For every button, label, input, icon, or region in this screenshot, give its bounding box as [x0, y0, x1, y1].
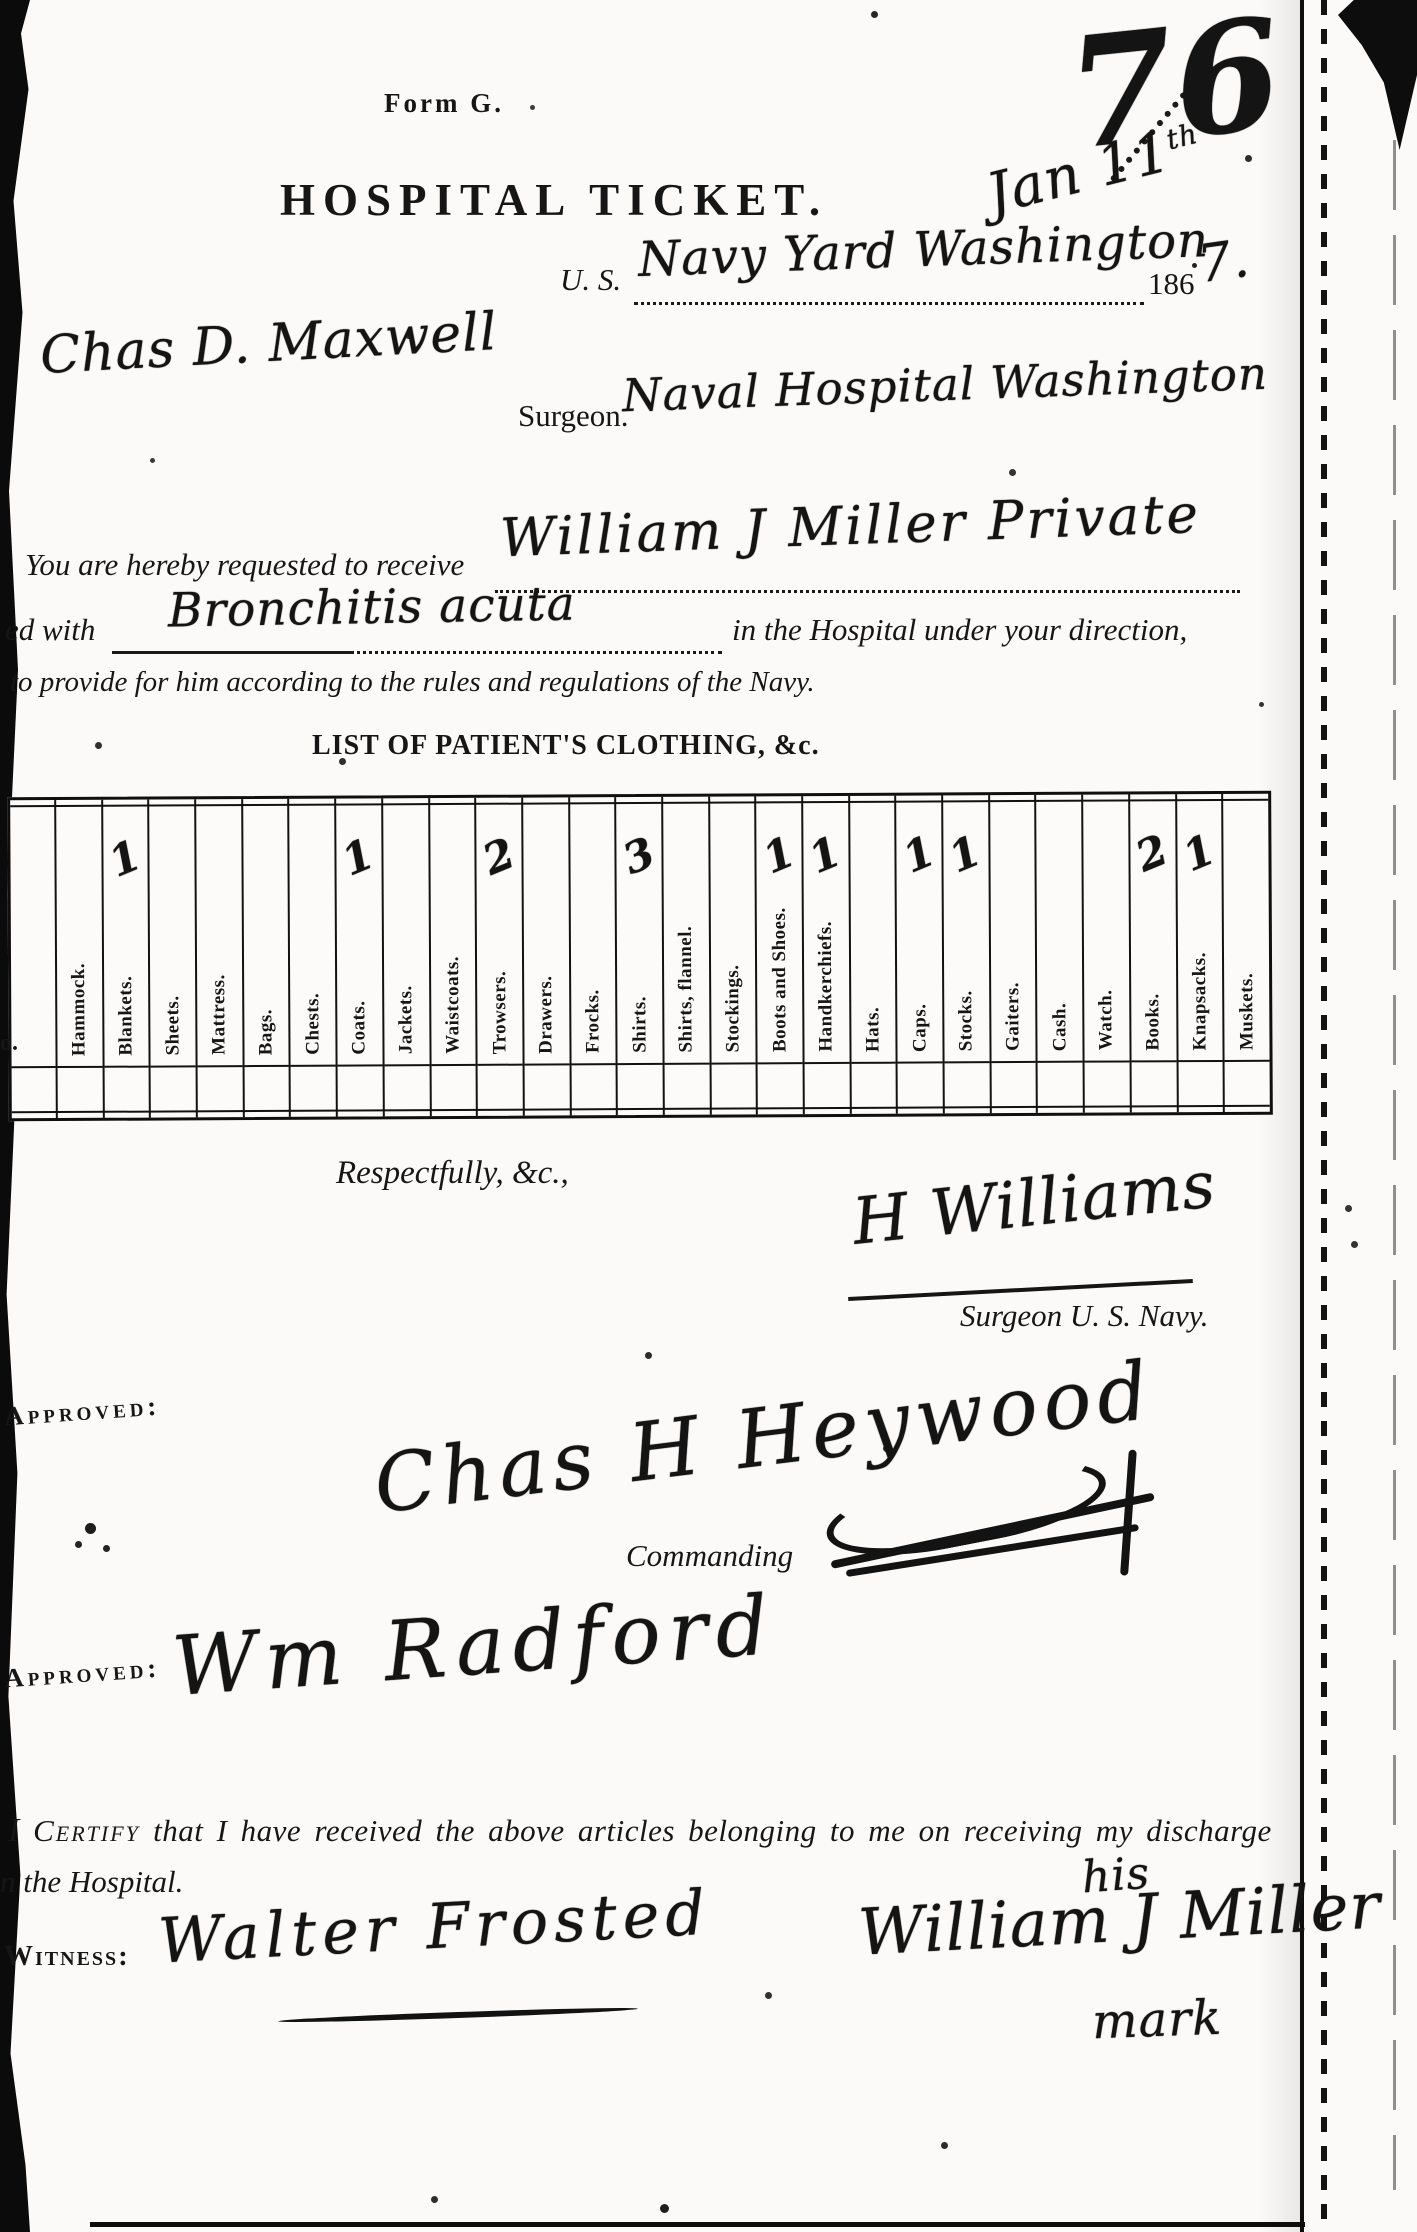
table-column: Watch. — [1083, 794, 1131, 1112]
handwritten-quantity: 2 — [1131, 828, 1175, 878]
table-value-cell — [431, 1064, 476, 1116]
table-column: Waistcoats. — [430, 798, 478, 1116]
handwritten-addressee-station: Naval Hospital Washington — [621, 351, 1268, 419]
witness-label: Witness: — [4, 1940, 130, 1973]
surgeon-title-label: Surgeon U. S. Navy. — [960, 1298, 1209, 1334]
table-column: Cash. — [1037, 795, 1085, 1113]
table-column: Gaiters. — [990, 795, 1038, 1113]
commanding-label: Commanding — [626, 1538, 793, 1574]
provide-regulations-line: to provide for him according to the rule… — [10, 666, 815, 699]
table-column: 2 Books. — [1130, 794, 1178, 1112]
table-column-label: Handkerchiefs. — [815, 921, 838, 1052]
table-column-label: Sheets. — [162, 995, 184, 1055]
table-column-label: Chests. — [302, 993, 324, 1055]
table-column-header: Jackets. — [383, 798, 429, 1064]
table-column: Shirts, flannel. — [663, 797, 711, 1115]
table-column: 1 Coats. — [336, 798, 384, 1116]
table-column-label: Watch. — [1096, 990, 1118, 1051]
handwritten-quantity: 2 — [477, 832, 521, 882]
table-column-header: Drawers. — [523, 797, 569, 1063]
handwritten-quantity: 3 — [617, 831, 661, 881]
table-column-label: Stockings. — [722, 965, 744, 1053]
table-value-cell — [291, 1065, 336, 1117]
table-column-header: 1 Blankets. — [103, 800, 149, 1066]
table-value-cell — [338, 1064, 383, 1116]
table-column-header: Cash. — [1037, 795, 1083, 1061]
table-value-cell — [711, 1062, 756, 1114]
table-column-header: 1 Caps. — [897, 795, 943, 1061]
table-column-label: Stocks. — [956, 990, 978, 1051]
table-column-label: Trowsers. — [489, 970, 511, 1054]
table-column: 1 Knapsacks. — [1177, 794, 1225, 1112]
handwritten-year-digit: 7. — [1195, 233, 1253, 292]
handwritten-quantity: 1 — [337, 832, 381, 882]
table-column-header: 1 Coats. — [336, 798, 382, 1064]
table-value-cell — [244, 1065, 289, 1117]
table-column-header: Mattress. — [196, 799, 242, 1065]
table-column: 1 Handkerchiefs. — [803, 796, 851, 1114]
table-column-label: Bags. — [255, 1009, 277, 1055]
affliction-prefix-label: ed with — [5, 612, 95, 648]
respectfully-line: Respectfully, &c., — [336, 1155, 569, 1192]
ink-scribble-stroke — [1120, 1450, 1137, 1576]
table-value-cell — [664, 1063, 709, 1115]
table-value-cell — [1131, 1060, 1176, 1112]
table-column: Mattress. — [196, 799, 244, 1117]
table-column-label: Caps. — [909, 1003, 931, 1052]
table-column-header: 1 Handkerchiefs. — [803, 796, 849, 1062]
surgeon-signature: H Williams — [850, 1153, 1219, 1255]
table-spacer-header — [10, 800, 55, 1066]
year-printed-label: 186 — [1148, 266, 1195, 302]
certify-rest: that I have received the above articles … — [153, 1813, 1272, 1848]
table-column-header: 2 Books. — [1130, 794, 1176, 1060]
table-column: Drawers. — [523, 797, 571, 1115]
table-column-header: Watch. — [1083, 794, 1129, 1060]
certification-line-2: n the Hospital. — [0, 1864, 183, 1900]
handwritten-quantity: 1 — [944, 829, 988, 879]
table-column: Bags. — [243, 799, 291, 1117]
table-column-label: Mattress. — [208, 974, 230, 1055]
table-column: 1 Stocks. — [943, 795, 991, 1113]
certification-line: I Certify that I have received the above… — [8, 1812, 1272, 1850]
handwritten-quantity: 1 — [1177, 828, 1221, 878]
table-value-cell — [104, 1066, 149, 1118]
table-spacer-value-cell — [12, 1066, 56, 1118]
witness-signature-underline — [278, 2006, 638, 2025]
table-column-label: Hats. — [862, 1006, 884, 1051]
station-prefix-label: U. S. — [560, 262, 621, 298]
table-column-header: Chests. — [290, 799, 336, 1065]
table-column-label: Frocks. — [582, 989, 604, 1053]
table-column: Hammock. — [56, 800, 104, 1118]
table-column-label: Knapsacks. — [1189, 952, 1212, 1051]
table-column-label: Drawers. — [535, 975, 557, 1054]
table-spacer-column — [10, 800, 58, 1118]
table-column: Hats. — [850, 796, 898, 1114]
cut-margin-text-fragment: o. — [0, 1030, 18, 1057]
torn-corner-mark — [1338, 0, 1417, 150]
certify-word: Certify — [33, 1813, 140, 1848]
table-column-header: 1 Stocks. — [943, 795, 989, 1061]
table-column-header: 1 Knapsacks. — [1177, 794, 1223, 1060]
table-column-header: Muskets. — [1223, 794, 1269, 1060]
table-column-label: Hammock. — [68, 963, 90, 1056]
table-value-cell — [1178, 1060, 1223, 1112]
form-number-label: Form G. — [384, 88, 504, 119]
handwritten-quantity: 1 — [804, 830, 848, 880]
table-column: Stockings. — [710, 796, 758, 1114]
table-column-label: Boots and Shoes. — [768, 907, 791, 1052]
table-value-cell — [945, 1061, 990, 1113]
table-value-cell — [58, 1066, 103, 1118]
commandant-signature: Wm Radford — [170, 1585, 779, 1709]
handwritten-quantity: 1 — [757, 830, 801, 880]
table-column: Frocks. — [570, 797, 618, 1115]
table-column-header: 2 Trowsers. — [476, 798, 522, 1064]
table-value-cell — [898, 1061, 943, 1113]
approved-label-second: Approved: — [3, 1653, 161, 1695]
table-column-label: Blankets. — [115, 976, 137, 1056]
table-value-cell — [198, 1065, 243, 1117]
table-column-label: Jackets. — [395, 985, 417, 1054]
table-column-header: Gaiters. — [990, 795, 1036, 1061]
table-column: 1 Blankets. — [103, 800, 151, 1118]
table-column-label: Cash. — [1049, 1002, 1071, 1051]
table-column: 3 Shirts. — [616, 797, 664, 1115]
handwritten-affliction: Bronchitis acuta — [168, 580, 576, 634]
table-column-header: Frocks. — [570, 797, 616, 1063]
table-value-cell — [1038, 1061, 1083, 1113]
clothing-table: Hammock. 1 Blankets. Sheets. — [7, 791, 1273, 1122]
table-value-cell — [991, 1061, 1036, 1113]
table-column-label: Shirts. — [629, 996, 651, 1053]
binding-rule-outer — [1393, 140, 1396, 2190]
handwritten-patient-name: William J Miller Private — [499, 488, 1201, 565]
mark-word-mark: mark — [1091, 1994, 1223, 2047]
table-column: Jackets. — [383, 798, 431, 1116]
table-value-cell — [1085, 1060, 1130, 1112]
document-title: HOSPITAL TICKET. — [280, 174, 828, 226]
approved-label-first: Approved: — [3, 1391, 161, 1433]
table-value-cell — [851, 1062, 896, 1114]
table-column: 1 Caps. — [897, 795, 945, 1113]
table-column-header: Shirts, flannel. — [663, 797, 709, 1063]
table-column: Sheets. — [150, 799, 198, 1117]
handwritten-addressee-name: Chas D. Maxwell — [39, 306, 499, 382]
table-column-label: Waistcoats. — [442, 956, 465, 1054]
table-column-label: Books. — [1142, 993, 1164, 1051]
receive-request-line: You are hereby requested to receive — [25, 547, 464, 583]
table-column-header: Sheets. — [150, 799, 196, 1065]
table-value-cell — [758, 1062, 803, 1114]
table-column-label: Gaiters. — [1002, 982, 1024, 1051]
table-column-header: Hammock. — [56, 800, 102, 1066]
table-value-cell — [384, 1064, 429, 1116]
table-value-cell — [151, 1065, 196, 1117]
table-value-cell — [524, 1063, 569, 1115]
table-column-header: 1 Boots and Shoes. — [756, 796, 802, 1062]
handwritten-quantity: 1 — [104, 834, 148, 884]
table-column-label: Muskets. — [1236, 972, 1258, 1049]
table-column: Muskets. — [1223, 794, 1269, 1112]
table-value-cell — [618, 1063, 663, 1115]
witness-signature: Walter Frosted — [157, 1882, 713, 1973]
handwritten-quantity: 1 — [897, 829, 941, 879]
table-column-header: Stockings. — [710, 796, 756, 1062]
table-column-header: Waistcoats. — [430, 798, 476, 1064]
certify-lead: I — [8, 1812, 20, 1849]
affliction-suffix-line: in the Hospital under your direction, — [732, 612, 1187, 648]
table-column-header: 3 Shirts. — [616, 797, 662, 1063]
table-value-cell — [805, 1062, 850, 1114]
clothing-list-heading: LIST OF PATIENT'S CLOTHING, &c. — [312, 730, 820, 762]
table-column-header: Bags. — [243, 799, 289, 1065]
table-column: 1 Boots and Shoes. — [756, 796, 804, 1114]
table-value-cell — [478, 1064, 523, 1116]
table-value-cell — [1225, 1060, 1270, 1112]
table-column-header: Hats. — [850, 796, 896, 1062]
table-value-cell — [571, 1063, 616, 1115]
addressee-title-label: Surgeon. — [518, 398, 629, 434]
table-column-label: Shirts, flannel. — [675, 926, 698, 1053]
scan-bottom-edge — [90, 2222, 1305, 2227]
table-column: Chests. — [290, 799, 338, 1117]
table-column: 2 Trowsers. — [476, 798, 524, 1116]
scan-speck-field — [0, 0, 5, 5]
scanned-hospital-ticket-page: 76 Form G. HOSPITAL TICKET. Jan 11th U. … — [0, 0, 1417, 2232]
table-column-label: Coats. — [349, 1000, 371, 1054]
ink-scribble — [821, 1445, 1176, 1621]
